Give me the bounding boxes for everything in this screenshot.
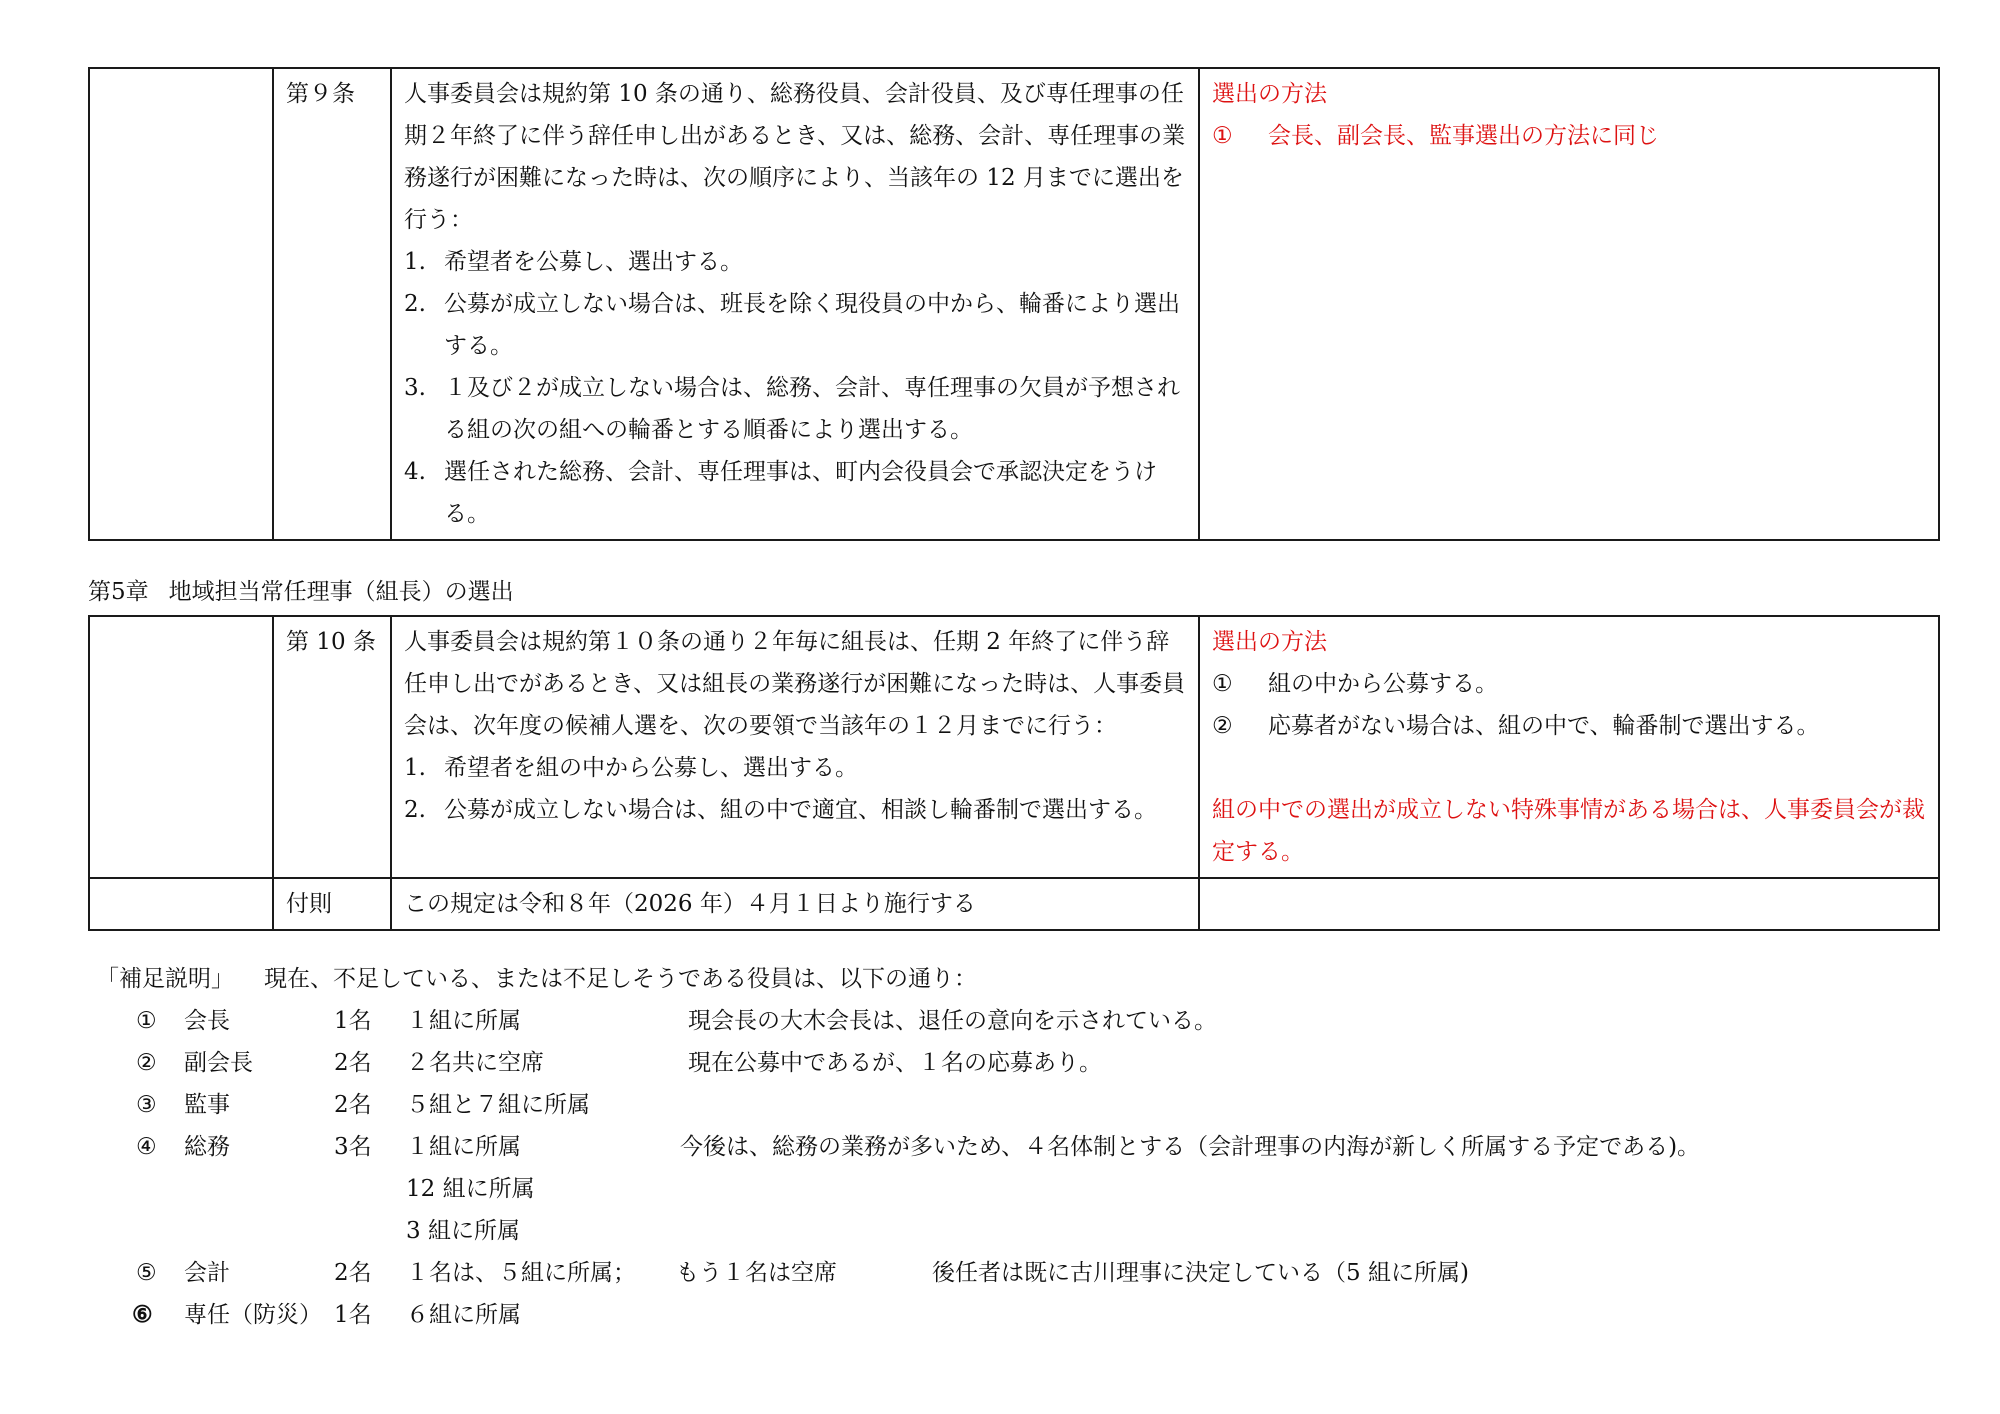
officer-group: １組に所属 <box>406 1126 521 1168</box>
officer-remark: 現在公募中であるが、１名の応募あり。 <box>688 1042 1102 1084</box>
circled-number: ① <box>136 1000 157 1042</box>
officer-count: 2名 <box>334 1252 372 1294</box>
officer-row-continued: 12 組に所属 <box>96 1168 1946 1210</box>
officer-role: 会計 <box>184 1252 230 1294</box>
list-number: 2. <box>404 789 444 831</box>
officer-role: 副会長 <box>184 1042 253 1084</box>
list-text: 選任された総務、会計、専任理事は、町内会役員会で承認決定をうける。 <box>444 451 1188 535</box>
officer-count: 1名 <box>334 1294 372 1336</box>
officer-row-continued: 3 組に所属 <box>96 1210 1946 1252</box>
method-text: 会長、副会長、監事選出の方法に同じ <box>1268 115 1659 157</box>
officer-group: ６組に所属 <box>406 1294 521 1336</box>
chapter-number: 第5章 <box>88 579 149 605</box>
method-note: 組の中での選出が成立しない特殊事情がある場合は、人事委員会が裁定する。 <box>1212 789 1928 873</box>
list-text: 希望者を公募し、選出する。 <box>444 241 1188 283</box>
article-label: 第 10 条 <box>273 616 391 878</box>
officer-row: ④ 総務 3名 １組に所属 今後は、総務の業務が多いため、４名体制とする（会計理… <box>96 1126 1946 1168</box>
officer-role: 会長 <box>184 1000 230 1042</box>
list-item: 1. 希望者を組の中から公募し、選出する。 <box>404 747 1188 789</box>
list-number: 4. <box>404 451 444 535</box>
officer-role: 専任（防災） <box>184 1294 322 1336</box>
list-text: 希望者を組の中から公募し、選出する。 <box>444 747 1188 789</box>
officer-group: １名は、５組に所属； <box>406 1252 636 1294</box>
empty-cell <box>1199 878 1939 930</box>
circled-number: ② <box>1212 705 1268 747</box>
supplement-row: 付則 この規定は令和８年（2026 年）４月１日より施行する <box>89 878 1939 930</box>
officer-role: 監事 <box>184 1084 230 1126</box>
list-number: 1. <box>404 241 444 283</box>
officer-row: ① 会長 1名 １組に所属 現会長の大木会長は、退任の意向を示されている。 <box>96 1000 1946 1042</box>
method-text: 組の中から公募する。 <box>1268 663 1498 705</box>
circled-number: ⑤ <box>136 1252 157 1294</box>
list-text: 公募が成立しない場合は、班長を除く現役員の中から、輪番により選出する。 <box>444 283 1188 367</box>
article-10-table: 第 10 条 人事委員会は規約第１０条の通り２年毎に組長は、任期 2 年終了に伴… <box>88 615 1940 931</box>
method-text: 応募者がない場合は、組の中で、輪番制で選出する。 <box>1268 705 1820 747</box>
list-number: 2. <box>404 283 444 367</box>
officer-group: ５組と７組に所属 <box>406 1084 590 1126</box>
list-item: 4. 選任された総務、会計、専任理事は、町内会役員会で承認決定をうける。 <box>404 451 1188 535</box>
list-number: 1. <box>404 747 444 789</box>
article-10-row: 第 10 条 人事委員会は規約第１０条の通り２年毎に組長は、任期 2 年終了に伴… <box>89 616 1939 878</box>
method-item: ① 会長、副会長、監事選出の方法に同じ <box>1212 115 1928 157</box>
officer-role: 総務 <box>184 1126 230 1168</box>
method-title: 選出の方法 <box>1212 73 1928 115</box>
officer-count: 2名 <box>334 1042 372 1084</box>
officer-row: ⑥ 専任（防災） 1名 ６組に所属 <box>96 1294 1946 1336</box>
list-text: １及び２が成立しない場合は、総務、会計、専任理事の欠員が予想される組の次の組への… <box>444 367 1188 451</box>
notes-header: 「補足説明」 現在、不足している、または不足しそうである役員は、以下の通り： <box>96 958 1946 1000</box>
empty-cell <box>89 616 273 878</box>
article-9-row: 第９条 人事委員会は規約第 10 条の通り、総務役員、会計役員、及び専任理事の任… <box>89 68 1939 540</box>
chapter-heading: 第5章地域担当常任理事（組長）の選出 <box>88 574 514 610</box>
circled-number: ① <box>1212 115 1268 157</box>
supplementary-notes: 「補足説明」 現在、不足している、または不足しそうである役員は、以下の通り： ①… <box>96 958 1946 1336</box>
list-text: 公募が成立しない場合は、組の中で適宜、相談し輪番制で選出する。 <box>444 789 1188 831</box>
officer-count: 1名 <box>334 1000 372 1042</box>
officer-group: ２名共に空席 <box>406 1042 544 1084</box>
officer-remark: 後任者は既に古川理事に決定している（5 組に所属) <box>932 1252 1469 1294</box>
list-item: 3. １及び２が成立しない場合は、総務、会計、専任理事の欠員が予想される組の次の… <box>404 367 1188 451</box>
empty-cell <box>89 878 273 930</box>
officer-group: 3 組に所属 <box>406 1210 520 1252</box>
officer-group: １組に所属 <box>406 1000 521 1042</box>
article-intro: 人事委員会は規約第１０条の通り２年毎に組長は、任期 2 年終了に伴う辞任申し出で… <box>404 621 1188 747</box>
list-item: 2. 公募が成立しない場合は、組の中で適宜、相談し輪番制で選出する。 <box>404 789 1188 831</box>
notes-intro: 現在、不足している、または不足しそうである役員は、以下の通り： <box>264 958 977 1000</box>
spacer <box>1212 747 1928 789</box>
supplement-text: この規定は令和８年（2026 年）４月１日より施行する <box>391 878 1199 930</box>
article-intro: 人事委員会は規約第 10 条の通り、総務役員、会計役員、及び専任理事の任期２年終… <box>404 73 1188 241</box>
circled-number: ① <box>1212 663 1268 705</box>
chapter-title: 地域担当常任理事（組長）の選出 <box>169 579 514 605</box>
article-9-table: 第９条 人事委員会は規約第 10 条の通り、総務役員、会計役員、及び専任理事の任… <box>88 67 1940 541</box>
article-body: 人事委員会は規約第 10 条の通り、総務役員、会計役員、及び専任理事の任期２年終… <box>391 68 1199 540</box>
officer-group: 12 組に所属 <box>406 1168 535 1210</box>
notes-label: 「補足説明」 <box>96 958 264 1000</box>
officer-remark: 今後は、総務の業務が多いため、４名体制とする（会計理事の内海が新しく所属する予定… <box>680 1126 1700 1168</box>
method-cell: 選出の方法 ① 会長、副会長、監事選出の方法に同じ <box>1199 68 1939 540</box>
method-title: 選出の方法 <box>1212 621 1928 663</box>
empty-cell <box>89 68 273 540</box>
method-cell: 選出の方法 ① 組の中から公募する。 ② 応募者がない場合は、組の中で、輪番制で… <box>1199 616 1939 878</box>
method-item: ① 組の中から公募する。 <box>1212 663 1928 705</box>
officer-count: 3名 <box>334 1126 372 1168</box>
supplement-label: 付則 <box>273 878 391 930</box>
officer-group-secondary: もう１名は空席 <box>676 1252 837 1294</box>
officer-remark: 現会長の大木会長は、退任の意向を示されている。 <box>688 1000 1217 1042</box>
circled-number: ④ <box>136 1126 157 1168</box>
officer-count: 2名 <box>334 1084 372 1126</box>
officer-row: ② 副会長 2名 ２名共に空席 現在公募中であるが、１名の応募あり。 <box>96 1042 1946 1084</box>
officer-row: ⑤ 会計 2名 １名は、５組に所属； もう１名は空席 後任者は既に古川理事に決定… <box>96 1252 1946 1294</box>
circled-number: ② <box>136 1042 157 1084</box>
circled-number: ⑥ <box>132 1294 153 1336</box>
article-body: 人事委員会は規約第１０条の通り２年毎に組長は、任期 2 年終了に伴う辞任申し出で… <box>391 616 1199 878</box>
list-item: 1. 希望者を公募し、選出する。 <box>404 241 1188 283</box>
article-label: 第９条 <box>273 68 391 540</box>
officer-row: ③ 監事 2名 ５組と７組に所属 <box>96 1084 1946 1126</box>
list-item: 2. 公募が成立しない場合は、班長を除く現役員の中から、輪番により選出する。 <box>404 283 1188 367</box>
method-item: ② 応募者がない場合は、組の中で、輪番制で選出する。 <box>1212 705 1928 747</box>
list-number: 3. <box>404 367 444 451</box>
circled-number: ③ <box>136 1084 157 1126</box>
